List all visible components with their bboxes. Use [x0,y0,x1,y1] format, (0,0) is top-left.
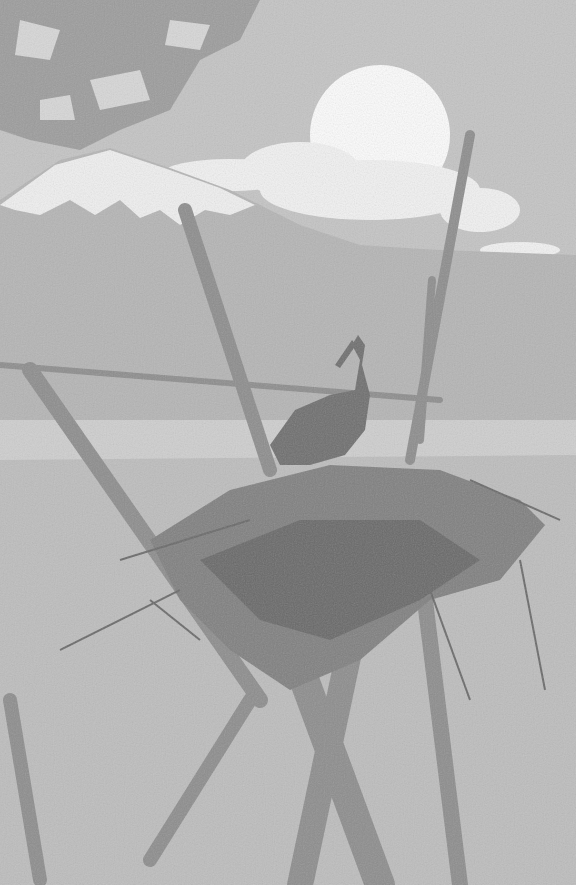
illustration-canvas [0,0,576,885]
halftone-grain [0,0,576,885]
illustration [0,0,576,885]
